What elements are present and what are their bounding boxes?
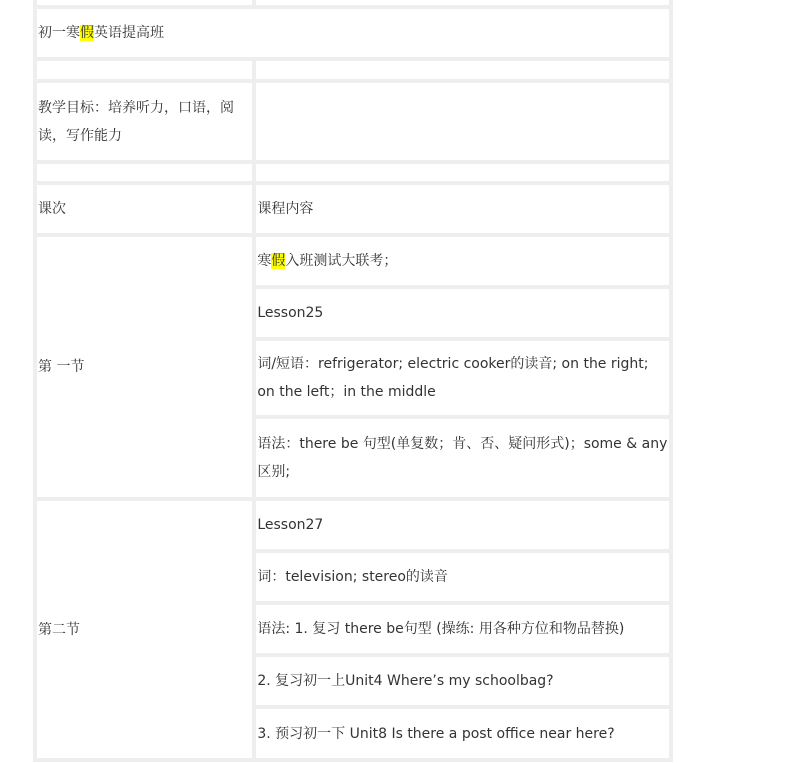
objective-cell: 教学目标：培养听力，口语，阅读，写作能力: [37, 83, 252, 160]
section-label: 第二节: [37, 501, 252, 758]
course-title-prefix: 初一寒: [38, 25, 80, 41]
course-title-suffix: 英语提高班: [94, 25, 164, 41]
table-cell-empty: [37, 164, 252, 181]
table-cell-empty: [37, 0, 252, 5]
table-cell-empty: [256, 164, 669, 181]
table-cell-empty: [37, 61, 252, 79]
course-table: 初一寒假英语提高班 教学目标：培养听力，口语，阅读，写作能力 课次 课程内容 第…: [33, 0, 673, 762]
table-row-empty: [37, 61, 669, 79]
header-content: 课程内容: [256, 185, 669, 233]
content-cell: Lesson25: [256, 289, 669, 337]
table-header-row: 课次 课程内容: [37, 185, 669, 233]
table-row: 第 一节 寒假入班测试大联考；: [37, 237, 669, 285]
section-label: 第 一节: [37, 237, 252, 497]
content-cell: 词：television; stereo的读音: [256, 553, 669, 601]
table-row-title: 初一寒假英语提高班: [37, 9, 669, 57]
content-cell: 语法：there be 句型(单复数；肯、否、疑问形式)；some & any区…: [256, 419, 669, 497]
header-lesson: 课次: [37, 185, 252, 233]
content-cell: Lesson27: [256, 501, 669, 549]
table-row-partial: [37, 0, 669, 5]
content-cell: 寒假入班测试大联考；: [256, 237, 669, 285]
content-cell: 词/短语：refrigerator; electric cooker的读音; o…: [256, 341, 669, 415]
table-cell-empty: [256, 61, 669, 79]
search-highlight: 假: [80, 25, 94, 41]
table-cell-empty: [256, 0, 669, 5]
search-highlight: 假: [271, 253, 285, 269]
content-cell: 3. 预习初一下 Unit8 Is there a post office ne…: [256, 709, 669, 758]
course-title-cell: 初一寒假英语提高班: [37, 9, 669, 57]
table-row-empty: [37, 164, 669, 181]
table-row-objective: 教学目标：培养听力，口语，阅读，写作能力: [37, 83, 669, 160]
content-cell: 2. 复习初一上Unit4 Where’s my schoolbag?: [256, 657, 669, 705]
content-text: 入班测试大联考；: [285, 253, 397, 269]
content-cell: 语法: 1. 复习 there be句型 (操练: 用各种方位和物品替换): [256, 605, 669, 653]
table-cell-empty: [256, 83, 669, 160]
teaching-objective: 教学目标：培养听力，口语，阅读，写作能力: [38, 100, 234, 144]
table-row: 第二节 Lesson27: [37, 501, 669, 549]
content-text: 寒: [257, 253, 271, 269]
